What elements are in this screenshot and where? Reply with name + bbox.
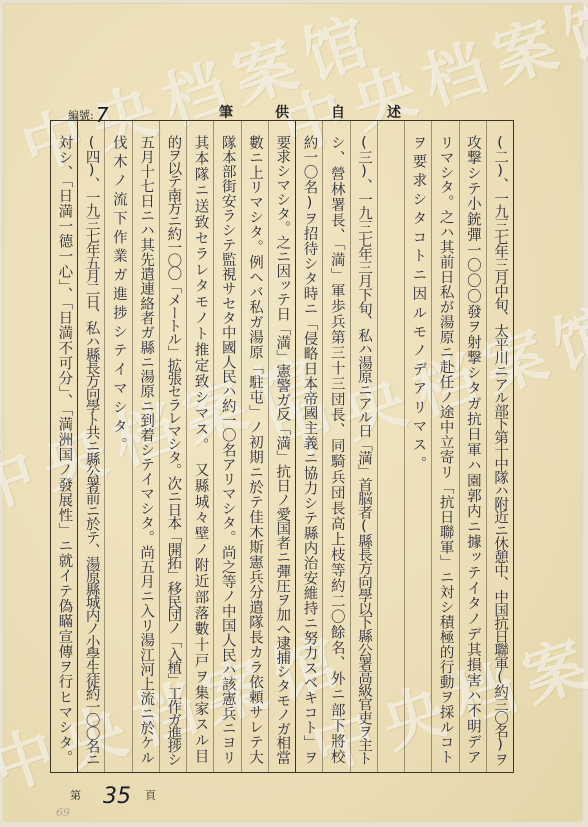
pencil-annotation: 69	[56, 806, 70, 819]
text-column: 約一〇名)ヲ招待シタ時ニ「侵略日本帝國主義ニ協力シテ縣内治安維持ニ努力スベキコト…	[295, 121, 322, 772]
column-text: 數ニ上リマシタ。例ヘバ私ガ湯原「駐屯」ノ初期ニ於テ佳木斯憲兵分遣隊長カラ依頼サレ…	[248, 135, 263, 765]
column-text: (二)、一九三七年三月中旬、太平川ニアル部下第十中隊ハ附近ニ休憩中、中国抗日聯軍…	[493, 135, 508, 765]
text-column: 的ヲ以テ南方ニ約一〇〇「メートル」拡張セラレマシタ。次ニ日本「開拓」移民団ノ「入…	[159, 121, 186, 772]
column-text: 対シ、「日満一德一心」、「日満不可分」、「満洲国ノ發展性」ニ就イテ偽瞞宣傳ヲ行ヒ…	[57, 135, 72, 765]
text-column: 対シ、「日満一德一心」、「日満不可分」、「満洲国ノ發展性」ニ就イテ偽瞞宣傳ヲ行ヒ…	[51, 121, 77, 772]
text-column: シ、營林署長、「満」軍歩兵第三十三団長、同騎兵団長高上枝等約二〇餘名、外ニ部下將…	[322, 121, 349, 772]
column-text: シ、營林署長、「満」軍歩兵第三十三団長、同騎兵団長高上枝等約二〇餘名、外ニ部下將…	[329, 135, 344, 765]
text-column: 要求シマシタ。之ニ因ッテ日「満」憲警ガ反「満」抗日ノ愛国者ニ彈圧ヲ加ヘ逮捕シタモ…	[268, 121, 295, 772]
text-column: 數ニ上リマシタ。例ヘバ私ガ湯原「駐屯」ノ初期ニ於テ佳木斯憲兵分遣隊長カラ依頼サレ…	[241, 121, 268, 772]
text-column: (三)、一九三七年三月下旬、私ハ湯原ニアル日「満」首脳者(縣長方向學以下縣公署高…	[350, 121, 377, 772]
text-column: リマシタ。之ハ其前日私が湯原ニ赴任ノ途中立寄リ「抗日聯軍」ニ対シ積極的行動ヲ採ル…	[431, 121, 458, 772]
column-text: リマシタ。之ハ其前日私が湯原ニ赴任ノ途中立寄リ「抗日聯軍」ニ対シ積極的行動ヲ採ル…	[438, 135, 453, 765]
text-column	[377, 121, 404, 772]
text-column: 其本隊ニ送致セラレタモノト推定致シマス。 又縣城々壁ノ附近部落數十戸ヲ集家スル目	[186, 121, 213, 772]
text-column: 五月十七日ニハ其先遣連絡者ガ縣ニ湯原ニ到着シテイマシタ。尚五月ニ入リ湯江河上流ニ…	[132, 121, 159, 772]
page-suffix: 頁	[145, 789, 156, 802]
text-column: (四)、一九三七年五月二日、私ハ縣長方向學ト共ニ縣公署前ニ於テ、湯原縣城内ノ小學…	[77, 121, 104, 772]
text-column: 隊本部街安ラシテ監視サセタ中國人民ハ約一〇名アリマシタ。尚之等ノ中国人民ハ該憲兵…	[213, 121, 240, 772]
title-char: 自	[331, 102, 345, 122]
form-title: 筆 供 自 述	[219, 102, 401, 122]
manuscript-grid: (二)、一九三七年三月中旬、太平川ニアル部下第十中隊ハ附近ニ休憩中、中国抗日聯軍…	[50, 120, 514, 773]
column-text: 要求シマシタ。之ニ因ッテ日「満」憲警ガ反「満」抗日ノ愛国者ニ彈圧ヲ加ヘ逮捕シタモ…	[275, 135, 290, 765]
text-column: 伐木ノ流下作業ガ進捗シテイマシタ。	[104, 121, 131, 772]
page-prefix: 第	[70, 789, 81, 802]
column-text: 約一〇名)ヲ招待シタ時ニ「侵略日本帝國主義ニ協力シテ縣内治安維持ニ努力スベキコト…	[302, 135, 317, 765]
text-column: 攻撃シテ小銃彈一〇〇〇發ヲ射撃シタガ抗日軍ハ園郭内ニ據ッテイタノデ其損害ハ不明デ…	[459, 121, 486, 772]
column-text: (三)、一九三七年三月下旬、私ハ湯原ニアル日「満」首脳者(縣長方向學以下縣公署高…	[356, 135, 371, 765]
column-text: 伐木ノ流下作業ガ進捗シテイマシタ。	[111, 135, 126, 456]
column-text: 隊本部街安ラシテ監視サセタ中國人民ハ約一〇名アリマシタ。尚之等ノ中国人民ハ該憲兵…	[220, 135, 235, 765]
page-number-value: 35	[103, 784, 131, 809]
title-char: 供	[275, 102, 289, 122]
title-char: 述	[387, 102, 401, 122]
column-text: 五月十七日ニハ其先遣連絡者ガ縣ニ湯原ニ到着シテイマシタ。尚五月ニ入リ湯江河上流ニ…	[139, 135, 154, 765]
text-column: ヲ要求シタコトニ因ルモノデアリマス。	[404, 121, 431, 772]
title-char: 筆	[219, 102, 233, 122]
column-text: 攻撃シテ小銃彈一〇〇〇發ヲ射撃シタガ抗日軍ハ園郭内ニ據ッテイタノデ其損害ハ不明デ…	[465, 135, 480, 765]
column-text: 其本隊ニ送致セラレタモノト推定致シマス。 又縣城々壁ノ附近部落數十戸ヲ集家スル目	[193, 135, 208, 765]
page-number: 第35頁	[70, 780, 156, 805]
column-text: ヲ要求シタコトニ因ルモノデアリマス。	[411, 135, 426, 475]
column-text: (四)、一九三七年五月二日、私ハ縣長方向學ト共ニ縣公署前ニ於テ、湯原縣城内ノ小學…	[84, 135, 99, 765]
column-text: 的ヲ以テ南方ニ約一〇〇「メートル」拡張セラレマシタ。次ニ日本「開拓」移民団ノ「入…	[166, 135, 181, 765]
text-column: (二)、一九三七年三月中旬、太平川ニアル部下第十中隊ハ附近ニ休憩中、中国抗日聯軍…	[486, 121, 513, 772]
